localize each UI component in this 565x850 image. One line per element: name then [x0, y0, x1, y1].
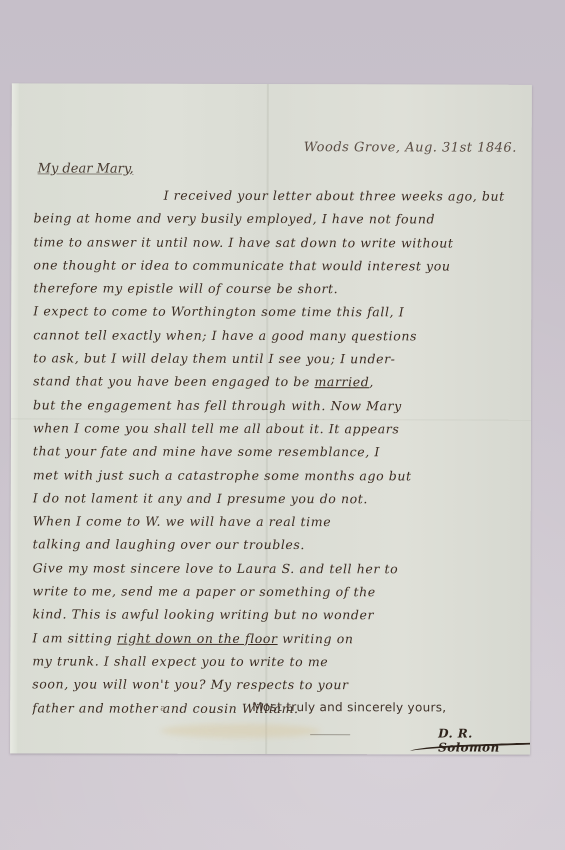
letter-line: but the engagement has fell through with…	[33, 393, 523, 418]
letter-line: my trunk. I shall expect you to write to…	[32, 649, 522, 674]
letter-line: when I come you shall tell me all about …	[33, 416, 523, 441]
letter-line: that your fate and mine have some resemb…	[33, 440, 523, 465]
letter-line: I expect to come to Worthington some tim…	[33, 300, 523, 325]
letter-line: When I come to W. we will have a real ti…	[33, 510, 523, 535]
closing-underline	[310, 734, 350, 735]
letter-line-with-underline: stand that you have been engaged to be m…	[33, 370, 523, 395]
letter-line: to ask, but I will delay them until I se…	[33, 346, 523, 371]
letter-line: write to me, send me a paper or somethin…	[33, 579, 523, 604]
letter-closing: Most truly and sincerely yours,	[252, 700, 446, 715]
letter-dateline: Woods Grove, Aug. 31st 1846.	[304, 140, 517, 156]
underlined-phrase: married	[314, 374, 369, 389]
stray-ink-mark: a	[160, 704, 165, 714]
letter-line: cannot tell exactly when; I have a good …	[33, 323, 523, 348]
letter-paper: Woods Grove, Aug. 31st 1846. My dear Mar…	[10, 83, 532, 754]
letter-line: talking and laughing over our troubles.	[33, 533, 523, 558]
letter-line: being at home and very busily employed, …	[33, 207, 523, 232]
letter-line: I do not lament it any and I presume you…	[33, 486, 523, 511]
letter-line: therefore my epistle will of course be s…	[33, 277, 523, 302]
letter-line-with-underline: I am sitting right down on the floor wri…	[32, 626, 522, 651]
underlined-phrase: right down on the floor	[117, 630, 278, 645]
letter-line: soon, you will won't you? My respects to…	[32, 673, 522, 698]
handwritten-letter: Woods Grove, Aug. 31st 1846. My dear Mar…	[10, 83, 532, 754]
letter-body: I received your letter about three weeks…	[32, 183, 523, 720]
letter-line: met with just such a catastrophe some mo…	[33, 463, 523, 488]
letter-line: kind. This is awful looking writing but …	[32, 603, 522, 628]
letter-line: time to answer it until now. I have sat …	[33, 230, 523, 255]
letter-line: one thought or idea to communicate that …	[33, 253, 523, 278]
letter-line: Give my most sincere love to Laura S. an…	[33, 556, 523, 581]
letter-line: I received your letter about three weeks…	[34, 183, 524, 208]
letter-salutation: My dear Mary,	[38, 161, 134, 176]
